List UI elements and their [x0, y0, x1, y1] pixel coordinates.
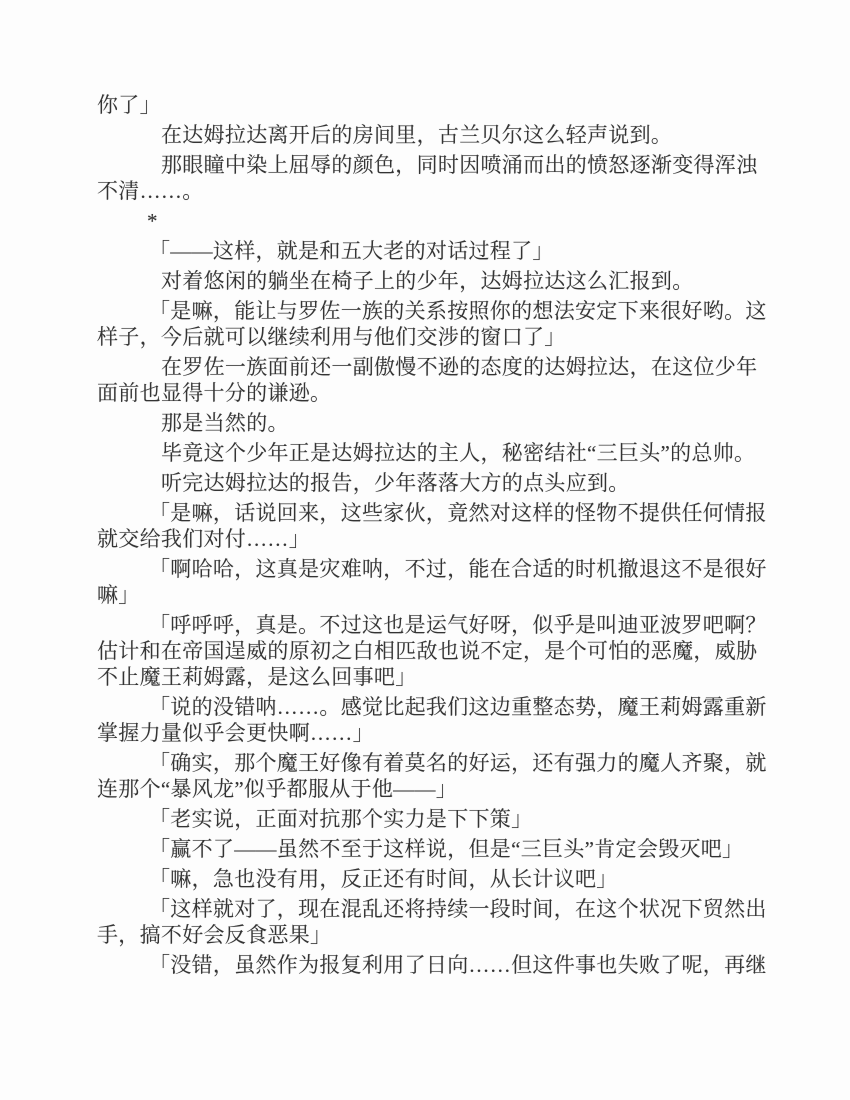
text-line: * [97, 208, 777, 234]
text-line: 「赢不了——虽然不至于这样说，但是“三巨头”肯定会毁灭吧」 [97, 836, 777, 862]
text-line: 面前也显得十分的谦逊。 [97, 380, 777, 406]
text-line: 那是当然的。 [97, 410, 777, 436]
paragraph: 在达姆拉达离开后的房间里，古兰贝尔这么轻声说到。 [97, 122, 777, 148]
paragraph: 在罗佐一族面前还一副傲慢不逊的态度的达姆拉达，在这位少年面前也显得十分的谦逊。 [97, 354, 777, 406]
text-line: 「这样就对了，现在混乱还将持续一段时间，在这个状况下贸然出 [97, 896, 777, 922]
text-line: 「——这样，就是和五大老的对话过程了」 [97, 238, 777, 264]
text-line: 「啊哈哈，这真是灾难呐，不过，能在合适的时机撤退这不是很好 [97, 556, 777, 582]
paragraph: 「确实，那个魔王好像有着莫名的好运，还有强力的魔人齐聚，就连那个“暴风龙”似乎都… [97, 750, 777, 802]
text-line: 嘛」 [97, 582, 777, 608]
paragraph: 那眼瞳中染上屈辱的颜色，同时因喷涌而出的愤怒逐渐变得浑浊不清……。 [97, 152, 777, 204]
text-line: 「是嘛，话说回来，这些家伙，竟然对这样的怪物不提供任何情报 [97, 500, 777, 526]
paragraph: 「是嘛，能让与罗佐一族的关系按照你的想法安定下来很好哟。这样子，今后就可以继续利… [97, 298, 777, 350]
text-line: 「确实，那个魔王好像有着莫名的好运，还有强力的魔人齐聚，就 [97, 750, 777, 776]
text-line: 「老实说，正面对抗那个实力是下下策」 [97, 806, 777, 832]
paragraph: 「呼呼呼，真是。不过这也是运气好呀，似乎是叫迪亚波罗吧啊？估计和在帝国逞威的原初… [97, 612, 777, 690]
text-line: 估计和在帝国逞威的原初之白相匹敌也说不定，是个可怕的恶魔，威胁 [97, 638, 777, 664]
paragraph: 「赢不了——虽然不至于这样说，但是“三巨头”肯定会毁灭吧」 [97, 836, 777, 862]
paragraph: 「啊哈哈，这真是灾难呐，不过，能在合适的时机撤退这不是很好嘛」 [97, 556, 777, 608]
paragraph: 「这样就对了，现在混乱还将持续一段时间，在这个状况下贸然出手，搞不好会反食恶果」 [97, 896, 777, 948]
text-line: 毕竟这个少年正是达姆拉达的主人，秘密结社“三巨头”的总帅。 [97, 440, 777, 466]
text-line: 就交给我们对付……」 [97, 526, 777, 552]
paragraph: 「老实说，正面对抗那个实力是下下策」 [97, 806, 777, 832]
scene-separator: * [97, 208, 777, 234]
text-line: 「呼呼呼，真是。不过这也是运气好呀，似乎是叫迪亚波罗吧啊？ [97, 612, 777, 638]
page-text-block: 你了」在达姆拉达离开后的房间里，古兰贝尔这么轻声说到。那眼瞳中染上屈辱的颜色，同… [97, 92, 777, 982]
text-line: 不清……。 [97, 178, 777, 204]
text-line: 「说的没错呐……。感觉比起我们这边重整态势，魔王莉姆露重新 [97, 694, 777, 720]
paragraph: 「说的没错呐……。感觉比起我们这边重整态势，魔王莉姆露重新掌握力量似乎会更快啊…… [97, 694, 777, 746]
paragraph: 「——这样，就是和五大老的对话过程了」 [97, 238, 777, 264]
text-line: 样子，今后就可以继续利用与他们交涉的窗口了」 [97, 324, 777, 350]
text-line: 你了」 [97, 92, 777, 118]
text-line: 不止魔王莉姆露，是这么回事吧」 [97, 664, 777, 690]
paragraph: 那是当然的。 [97, 410, 777, 436]
paragraph: 毕竟这个少年正是达姆拉达的主人，秘密结社“三巨头”的总帅。 [97, 440, 777, 466]
paragraph: 你了」 [97, 92, 777, 118]
text-line: 对着悠闲的躺坐在椅子上的少年，达姆拉达这么汇报到。 [97, 268, 777, 294]
text-line: 手，搞不好会反食恶果」 [97, 922, 777, 948]
text-line: 在达姆拉达离开后的房间里，古兰贝尔这么轻声说到。 [97, 122, 777, 148]
text-line: 「嘛，急也没有用，反正还有时间，从长计议吧」 [97, 866, 777, 892]
paragraph: 「嘛，急也没有用，反正还有时间，从长计议吧」 [97, 866, 777, 892]
paragraph: 对着悠闲的躺坐在椅子上的少年，达姆拉达这么汇报到。 [97, 268, 777, 294]
text-line: 听完达姆拉达的报告，少年落落大方的点头应到。 [97, 470, 777, 496]
text-line: 连那个“暴风龙”似乎都服从于他——」 [97, 776, 777, 802]
paragraph: 听完达姆拉达的报告，少年落落大方的点头应到。 [97, 470, 777, 496]
text-line: 「是嘛，能让与罗佐一族的关系按照你的想法安定下来很好哟。这 [97, 298, 777, 324]
paragraph: 「没错，虽然作为报复利用了日向……但这件事也失败了呢，再继 [97, 952, 777, 978]
paragraph: 「是嘛，话说回来，这些家伙，竟然对这样的怪物不提供任何情报就交给我们对付……」 [97, 500, 777, 552]
novel-page: 你了」在达姆拉达离开后的房间里，古兰贝尔这么轻声说到。那眼瞳中染上屈辱的颜色，同… [0, 0, 850, 1100]
text-line: 「没错，虽然作为报复利用了日向……但这件事也失败了呢，再继 [97, 952, 777, 978]
text-line: 在罗佐一族面前还一副傲慢不逊的态度的达姆拉达，在这位少年 [97, 354, 777, 380]
text-line: 掌握力量似乎会更快啊……」 [97, 720, 777, 746]
text-line: 那眼瞳中染上屈辱的颜色，同时因喷涌而出的愤怒逐渐变得浑浊 [97, 152, 777, 178]
